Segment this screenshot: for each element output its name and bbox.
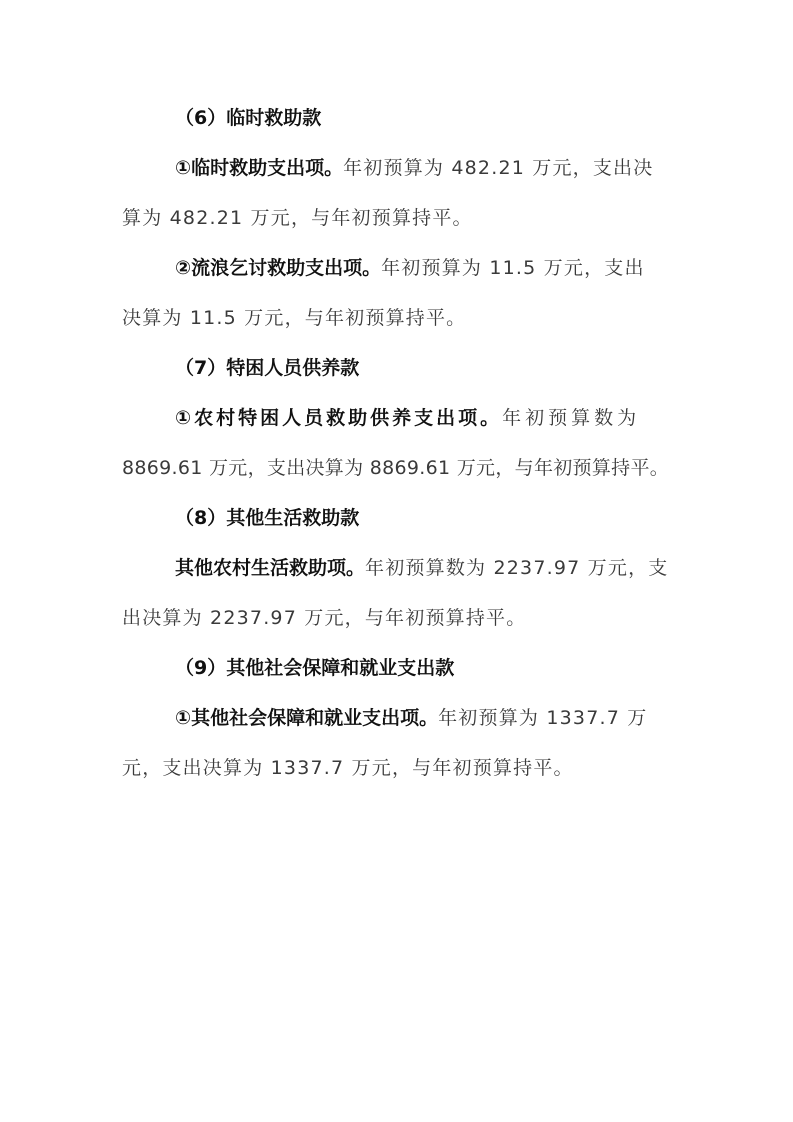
paragraph-line: 8869.61 万元，支出决算为 8869.61 万元，与年初预算持平。 bbox=[122, 455, 669, 481]
item-title: ①临时救助支出项。 bbox=[175, 157, 343, 179]
item-text: 元，支出决算为 1337.7 万元，与年初预算持平。 bbox=[122, 757, 574, 779]
paragraph-line: 元，支出决算为 1337.7 万元，与年初预算持平。 bbox=[122, 755, 574, 781]
paragraph-line: 其他农村生活救助项。年初预算数为 2237.97 万元，支 bbox=[175, 555, 668, 581]
item-text: 年初预算为 11.5 万元，支出 bbox=[381, 257, 645, 279]
item-title: ①农村特困人员救助供养支出项。 bbox=[175, 407, 502, 429]
paragraph-line: ①其他社会保障和就业支出项。年初预算为 1337.7 万 bbox=[175, 705, 647, 731]
section-heading: （9）其他社会保障和就业支出款 bbox=[175, 655, 454, 681]
item-text: 出决算为 2237.97 万元，与年初预算持平。 bbox=[122, 607, 526, 629]
item-title: ①其他社会保障和就业支出项。 bbox=[175, 707, 438, 729]
heading-text: （9）其他社会保障和就业支出款 bbox=[175, 657, 454, 679]
paragraph-line: 出决算为 2237.97 万元，与年初预算持平。 bbox=[122, 605, 526, 631]
item-text: 年初预算为 1337.7 万 bbox=[438, 707, 647, 729]
item-text: 年初预算数为 bbox=[502, 407, 640, 429]
item-text: 年初预算为 482.21 万元，支出决 bbox=[343, 157, 653, 179]
paragraph-line: 算为 482.21 万元，与年初预算持平。 bbox=[122, 205, 473, 231]
paragraph-line: 决算为 11.5 万元，与年初预算持平。 bbox=[122, 305, 466, 331]
section-heading: （8）其他生活救助款 bbox=[175, 505, 359, 531]
paragraph-line: ①临时救助支出项。年初预算为 482.21 万元，支出决 bbox=[175, 155, 653, 181]
section-heading: （7）特困人员供养款 bbox=[175, 355, 359, 381]
item-text: 年初预算数为 2237.97 万元，支 bbox=[365, 557, 668, 579]
paragraph-line: ②流浪乞讨救助支出项。年初预算为 11.5 万元，支出 bbox=[175, 255, 645, 281]
section-heading: （6）临时救助款 bbox=[175, 105, 321, 131]
heading-text: （6）临时救助款 bbox=[175, 107, 321, 129]
item-text: 8869.61 万元，支出决算为 8869.61 万元，与年初预算持平。 bbox=[122, 457, 669, 479]
heading-text: （7）特困人员供养款 bbox=[175, 357, 359, 379]
item-title: 其他农村生活救助项。 bbox=[175, 557, 365, 579]
paragraph-line: ①农村特困人员救助供养支出项。年初预算数为 bbox=[175, 405, 640, 431]
item-text: 算为 482.21 万元，与年初预算持平。 bbox=[122, 207, 473, 229]
item-text: 决算为 11.5 万元，与年初预算持平。 bbox=[122, 307, 466, 329]
heading-text: （8）其他生活救助款 bbox=[175, 507, 359, 529]
item-title: ②流浪乞讨救助支出项。 bbox=[175, 257, 381, 279]
